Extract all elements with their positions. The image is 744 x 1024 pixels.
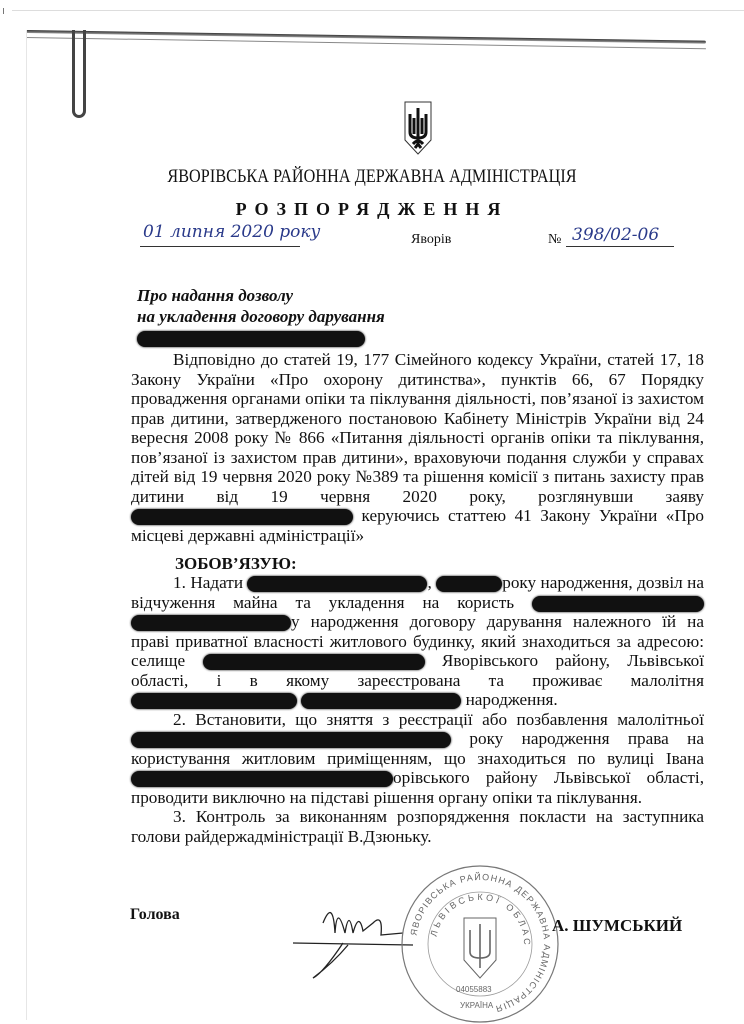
signer-name: А. ШУМСЬКИЙ bbox=[552, 916, 682, 936]
redacted-name bbox=[137, 331, 365, 347]
ukraine-trident-icon bbox=[403, 100, 433, 156]
redacted-date bbox=[436, 576, 502, 592]
document-type-heading: РОЗПОРЯДЖЕННЯ bbox=[0, 199, 744, 220]
handwritten-date: 01 липня 2020 року bbox=[143, 222, 320, 242]
subject-line: на укладення договору дарування bbox=[137, 306, 385, 327]
redacted-name bbox=[131, 732, 451, 748]
organization-name: ЯВОРІВСЬКА РАЙОННА ДЕРЖАВНА АДМІНІСТРАЦІ… bbox=[56, 166, 688, 188]
svg-text:УКРАЇНА: УКРАЇНА bbox=[460, 1001, 494, 1010]
sheet-left-edge bbox=[26, 30, 27, 1020]
preamble-paragraph: Відповідно до статей 19, 177 Сімейного к… bbox=[131, 350, 704, 545]
order-item-1: 1. Надати , року народження, дозвіл на в… bbox=[131, 573, 704, 710]
order-items: 1. Надати , року народження, дозвіл на в… bbox=[131, 573, 704, 846]
redacted-name bbox=[131, 693, 297, 709]
subject-block: Про надання дозволу на укладення договор… bbox=[137, 285, 385, 348]
redacted-name bbox=[247, 576, 427, 592]
subject-line: Про надання дозволу bbox=[137, 285, 385, 306]
paperclip-icon bbox=[72, 30, 86, 118]
svg-text:04055883: 04055883 bbox=[456, 985, 492, 994]
redacted-address bbox=[203, 654, 425, 670]
city-label: Яворів bbox=[411, 232, 451, 248]
redacted-name bbox=[532, 596, 704, 612]
page-edge bbox=[12, 10, 744, 11]
signer-title: Голова bbox=[130, 906, 180, 924]
handwritten-number: 398/02-06 bbox=[572, 225, 659, 245]
oblige-heading: ЗОБОВ’ЯЗУЮ: bbox=[175, 554, 297, 574]
redacted-name bbox=[131, 509, 353, 525]
number-label: № bbox=[548, 232, 561, 248]
official-stamp-icon: ЯВОРІВСЬКА РАЙОННА ДЕРЖАВНА АДМІНІСТРАЦІ… bbox=[398, 862, 562, 1024]
order-item-3: 3. Контроль за виконанням розпорядження … bbox=[131, 807, 704, 846]
redacted-date bbox=[301, 693, 461, 709]
page-mark bbox=[3, 8, 4, 14]
order-item-2: 2. Встановити, що зняття з реєстрації аб… bbox=[131, 710, 704, 808]
redacted-date bbox=[131, 615, 291, 631]
paper-fold-edge bbox=[26, 30, 706, 44]
redacted-address bbox=[131, 771, 393, 787]
